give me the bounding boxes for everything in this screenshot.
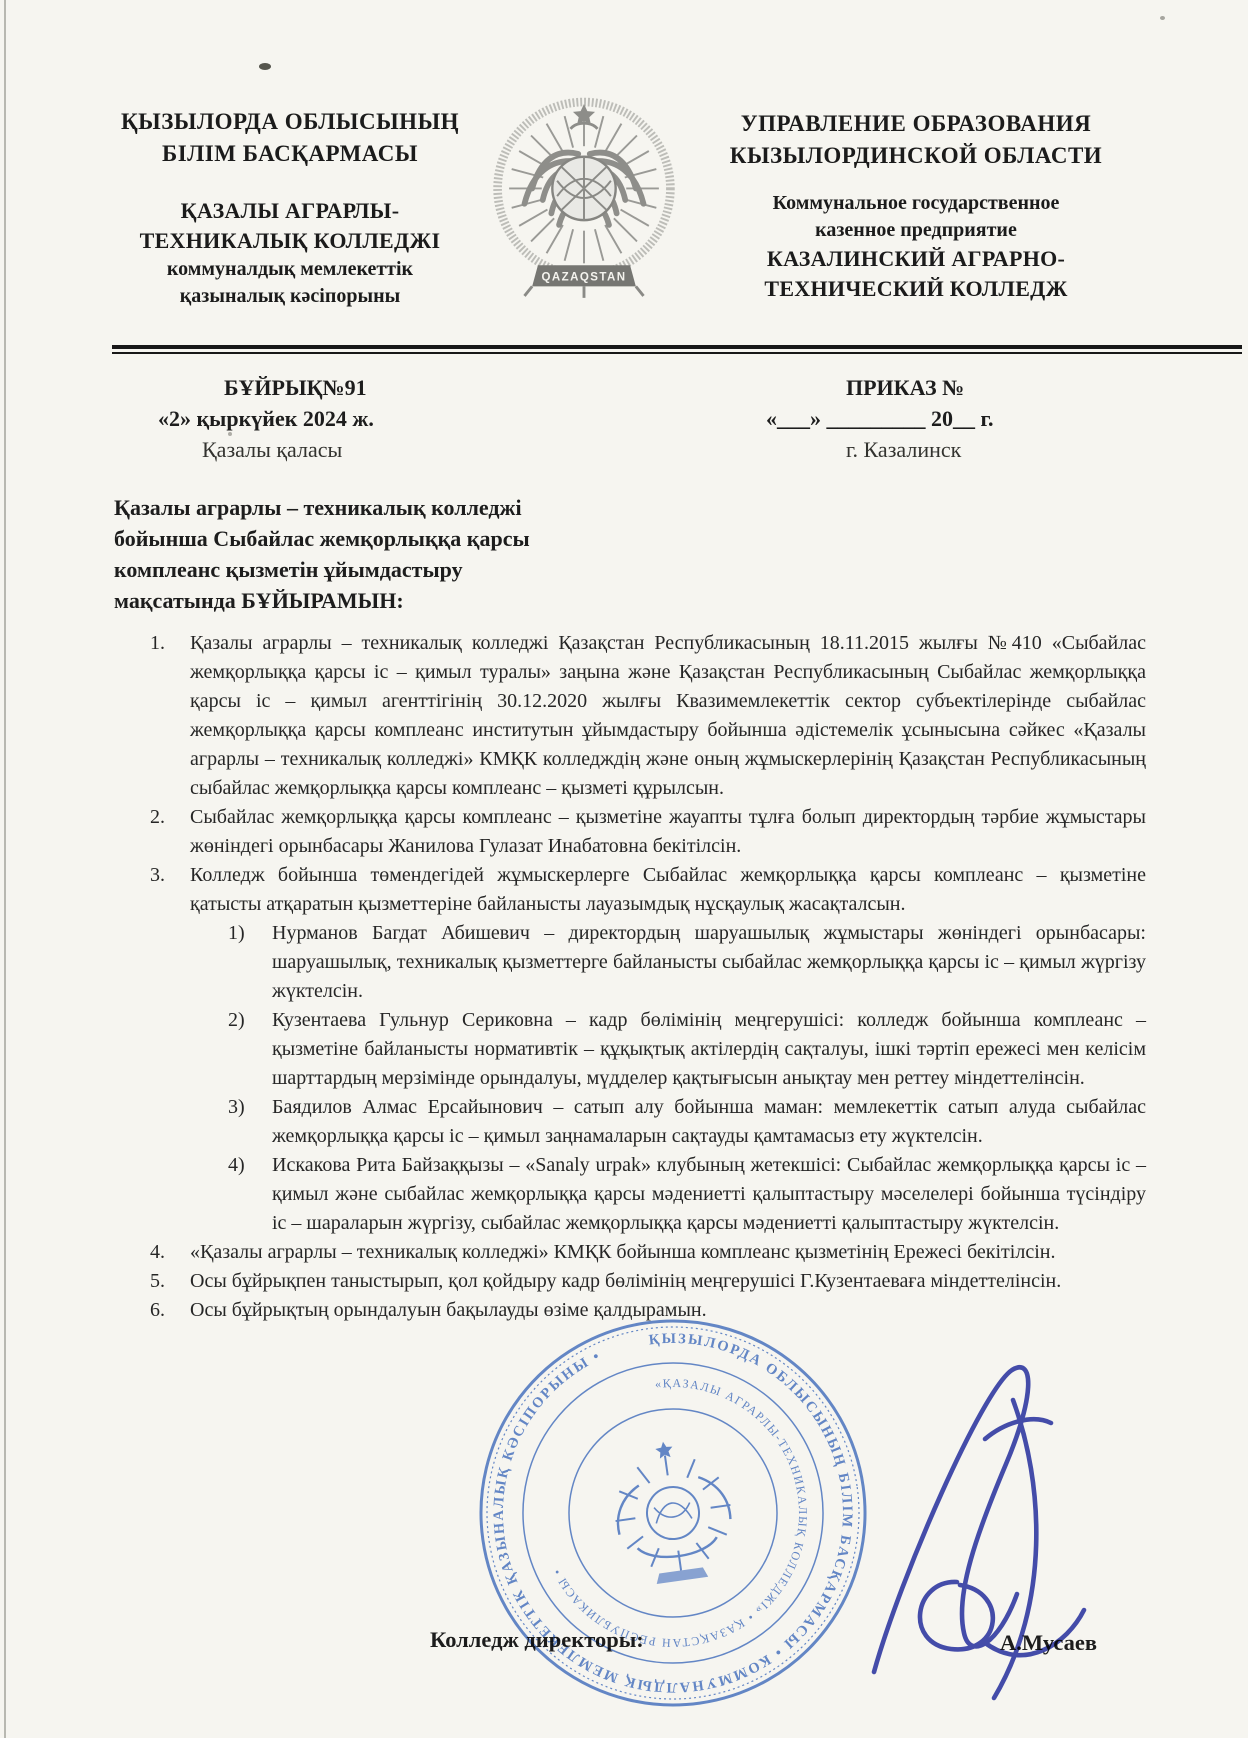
item-number: 5.	[150, 1267, 190, 1296]
order-place: г. Казалинск	[766, 434, 994, 465]
subject-line: Қазалы аграрлы – техникалық колледжі	[114, 492, 530, 523]
order-item-4: 4. «Қазалы аграрлы – техникалық колледжі…	[150, 1238, 1146, 1267]
item-number: 2.	[150, 803, 190, 861]
stamp-center-emblem	[606, 1434, 740, 1589]
order-subject: Қазалы аграрлы – техникалық колледжі бой…	[114, 492, 530, 616]
header-divider-double-rule	[112, 345, 1242, 354]
order-items-list: 1. Қазалы аграрлы – техникалық колледжі …	[150, 629, 1146, 1325]
org-type-line: коммуналдық мемлекеттік	[104, 256, 476, 283]
order-date: «2» қыркүйек 2024 ж.	[158, 403, 374, 434]
order-number: ПРИКАЗ №	[766, 372, 994, 403]
college-name-line: ТЕХНИКАЛЫҚ КОЛЛЕДЖІ	[104, 226, 476, 256]
item-text: Колледж бойынша төмендегідей жұмыскерлер…	[190, 861, 1146, 919]
order-item-2: 2. Сыбайлас жемқорлыққа қарсы комплеанс …	[150, 803, 1146, 861]
order-subitem-2: 2) Кузентаева Гульнур Сериковна – кадр б…	[228, 1006, 1146, 1093]
order-item-3: 3. Колледж бойынша төмендегідей жұмыскер…	[150, 861, 1146, 919]
college-name-line: ҚАЗАЛЫ АГРАРЛЫ-	[104, 196, 476, 226]
order-date-blank: «___» _________ 20__ г.	[766, 403, 994, 434]
order-block-russian: ПРИКАЗ № «___» _________ 20__ г. г. Каза…	[766, 372, 994, 465]
order-item-5: 5. Осы бұйрықпен таныстырып, қол қойдыру…	[150, 1267, 1146, 1296]
order-subitem-4: 4) Искакова Рита Байзаққызы – «Sanaly ur…	[228, 1151, 1146, 1238]
emblem-banner-label: QAZAQSTAN	[541, 272, 626, 284]
scanned-order-document: ҚЫЗЫЛОРДА ОБЛЫСЫНЫҢ БІЛІМ БАСҚАРМАСЫ ҚАЗ…	[0, 0, 1248, 1738]
order-subitem-3: 3) Баядилов Алмас Ерсайынович – сатып ал…	[228, 1093, 1146, 1151]
org-type-line: казенное предприятие	[666, 217, 1166, 244]
subject-line: комплеанс қызметін ұйымдастыру	[114, 554, 530, 585]
header-left-kazakh: ҚЫЗЫЛОРДА ОБЛЫСЫНЫҢ БІЛІМ БАСҚАРМАСЫ ҚАЗ…	[104, 106, 476, 310]
order-place: Қазалы қаласы	[158, 434, 374, 465]
item-text: «Қазалы аграрлы – техникалық колледжі» К…	[190, 1238, 1146, 1267]
item-number: 4.	[150, 1238, 190, 1267]
subitem-text: Искакова Рита Байзаққызы – «Sanaly urpak…	[272, 1151, 1146, 1238]
header-right-russian: УПРАВЛЕНИЕ ОБРАЗОВАНИЯ КЫЗЫЛОРДИНСКОЙ ОБ…	[666, 108, 1166, 304]
order-block-kazakh: БҰЙРЫҚ№91 «2» қыркүйек 2024 ж. Қазалы қа…	[158, 372, 374, 465]
org-name-line: КЫЗЫЛОРДИНСКОЙ ОБЛАСТИ	[666, 140, 1166, 172]
order-item-1: 1. Қазалы аграрлы – техникалық колледжі …	[150, 629, 1146, 803]
director-handwritten-signature	[836, 1342, 1106, 1707]
scan-speck	[259, 63, 271, 70]
org-type-line: Коммунальное государственное	[666, 190, 1166, 217]
subject-line: бойынша Сыбайлас жемқорлыққа қарсы	[114, 523, 530, 554]
stamp-outer-ring-text: ҚЫЗЫЛОРДА ОБЛЫСЫНЫҢ БІЛІМ БАСҚАРМАСЫ • К…	[467, 1307, 878, 1718]
order-subitem-1: 1) Нурманов Багдат Абишевич – директорды…	[228, 919, 1146, 1006]
org-type-line: қазыналық кәсіпорыны	[104, 283, 476, 310]
scan-edge-line	[4, 0, 6, 1738]
subitem-number: 1)	[228, 919, 272, 1006]
college-name-line: КАЗАЛИНСКИЙ АГРАРНО-	[666, 244, 1166, 274]
item-number: 6.	[150, 1296, 190, 1325]
item-text: Сыбайлас жемқорлыққа қарсы комплеанс – қ…	[190, 803, 1146, 861]
subitem-text: Нурманов Багдат Абишевич – директордың ш…	[272, 919, 1146, 1006]
item-text: Осы бұйрықпен таныстырып, қол қойдыру ка…	[190, 1267, 1146, 1296]
subitem-text: Кузентаева Гульнур Сериковна – кадр бөлі…	[272, 1006, 1146, 1093]
item-number: 1.	[150, 629, 190, 803]
svg-text:ҚЫЗЫЛОРДА ОБЛЫСЫНЫҢ БІЛІМ БАСҚ: ҚЫЗЫЛОРДА ОБЛЫСЫНЫҢ БІЛІМ БАСҚАРМАСЫ • К…	[467, 1307, 878, 1718]
item-text: Қазалы аграрлы – техникалық колледжі Қаз…	[190, 629, 1146, 803]
org-name-line: УПРАВЛЕНИЕ ОБРАЗОВАНИЯ	[666, 108, 1166, 140]
org-name-line: БІЛІМ БАСҚАРМАСЫ	[104, 138, 476, 170]
org-name-line: ҚЫЗЫЛОРДА ОБЛЫСЫНЫҢ	[104, 106, 476, 138]
subitem-number: 2)	[228, 1006, 272, 1093]
order-number: БҰЙРЫҚ№91	[158, 372, 374, 403]
subitem-number: 3)	[228, 1093, 272, 1151]
subitem-text: Баядилов Алмас Ерсайынович – сатып алу б…	[272, 1093, 1146, 1151]
college-name-line: ТЕХНИЧЕСКИЙ КОЛЛЕДЖ	[666, 274, 1166, 304]
scan-speck	[1160, 16, 1165, 20]
subitem-number: 4)	[228, 1151, 272, 1238]
kazakhstan-coat-of-arms-icon: QAZAQSTAN	[488, 92, 680, 306]
item-number: 3.	[150, 861, 190, 919]
subject-line: мақсатында БҰЙЫРАМЫН:	[114, 585, 530, 616]
official-round-stamp: ҚЫЗЫЛОРДА ОБЛЫСЫНЫҢ БІЛІМ БАСҚАРМАСЫ • К…	[447, 1287, 899, 1738]
